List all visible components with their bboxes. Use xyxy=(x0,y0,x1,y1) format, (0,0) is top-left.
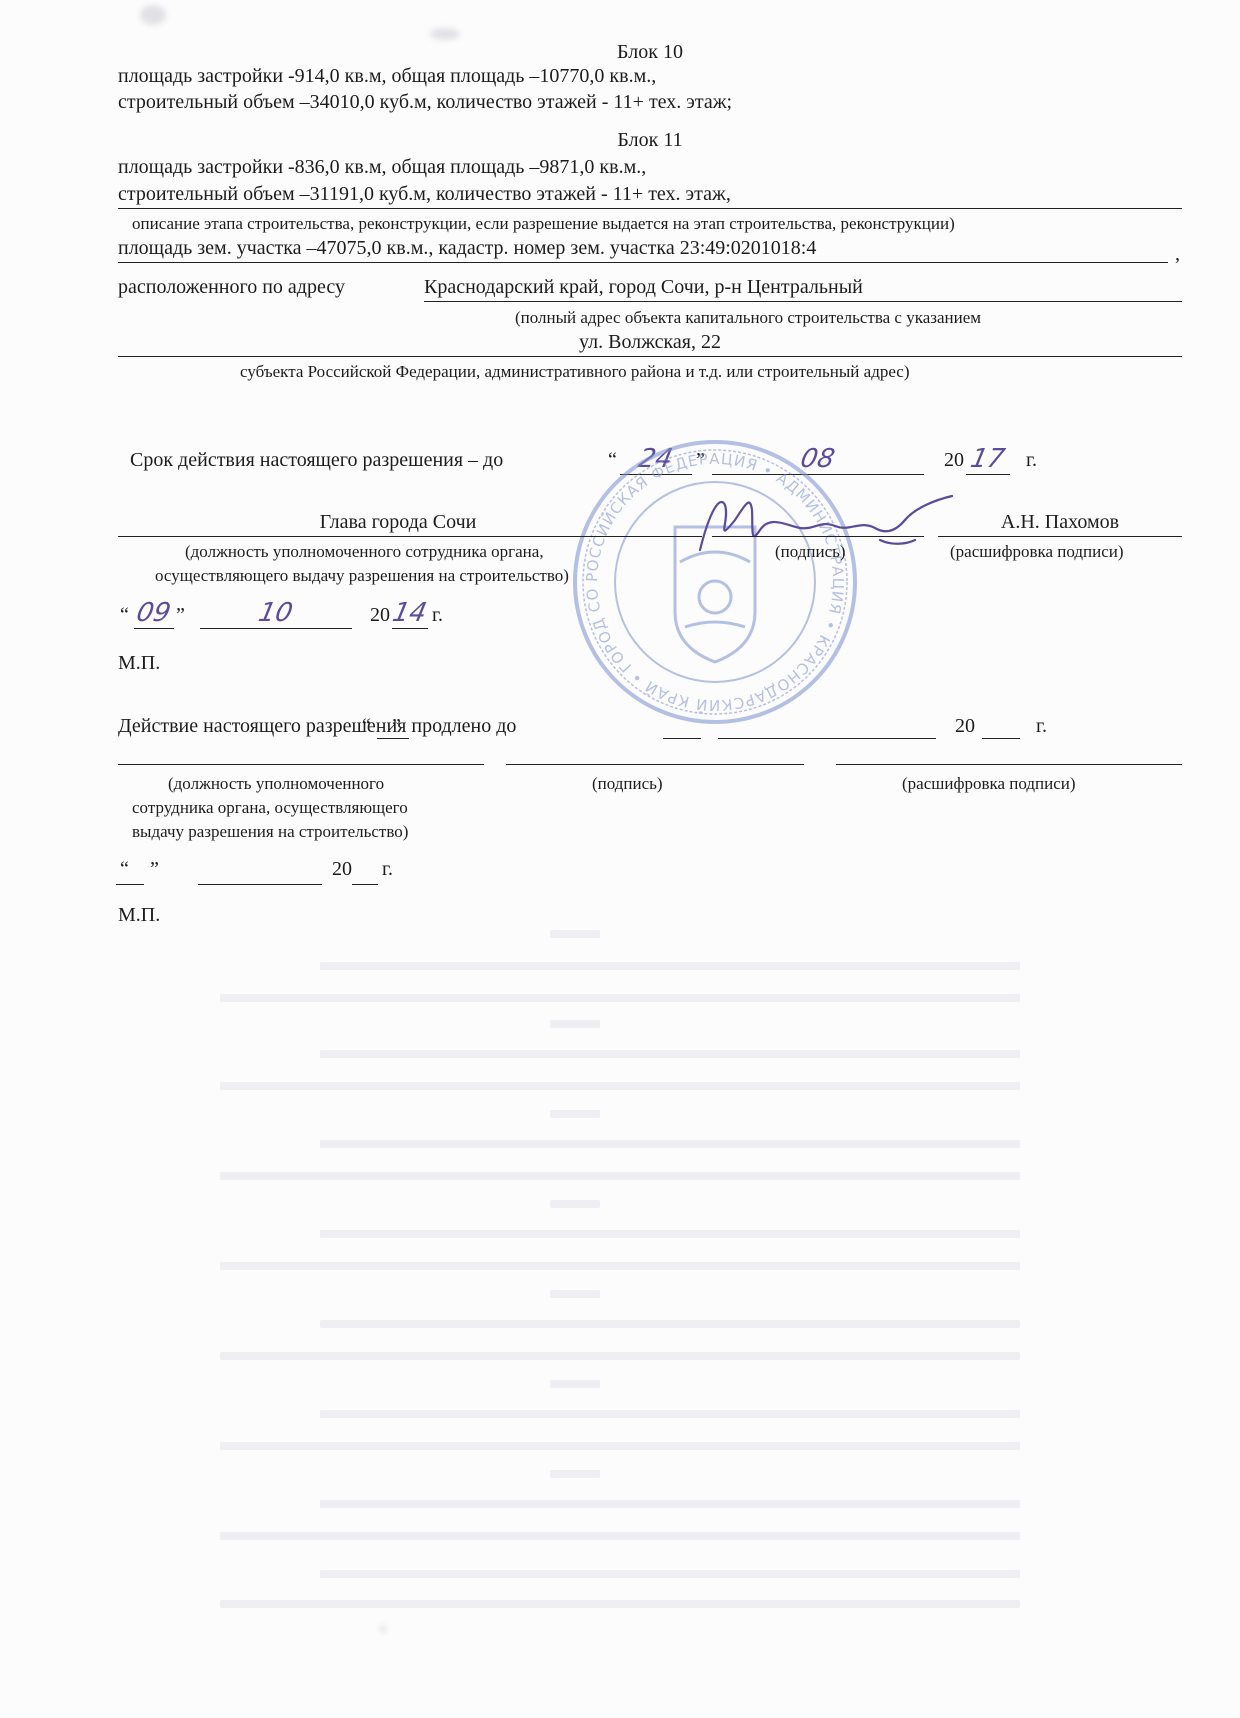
extension-year-prefix: 20 xyxy=(955,714,975,738)
issue-date-year-prefix: 20 xyxy=(370,603,390,627)
address-underline-2 xyxy=(118,356,1182,357)
address-label: расположенного по адресу xyxy=(118,275,345,299)
stage-caption: описание этапа строительства, реконструк… xyxy=(132,213,955,234)
extension-caption-position-1: (должность уполномоченного xyxy=(168,773,384,794)
block-10-line-2: строительный объем –34010,0 куб.м, колич… xyxy=(118,90,732,114)
extension-date-close-quote: ” xyxy=(150,857,159,881)
land-plot-underline xyxy=(118,262,1168,263)
extension-caption-name: (расшифровка подписи) xyxy=(902,773,1076,794)
validity-year-field: 17 xyxy=(966,446,1010,475)
official-seal-stamp: РОССИЙСКАЯ ФЕДЕРАЦИЯ • АДМИНИСТРАЦИЯ • К… xyxy=(565,432,865,732)
extension-name-underline[interactable] xyxy=(836,764,1182,765)
validity-year-unit: г. xyxy=(1026,448,1037,472)
signatory-name-underline xyxy=(938,536,1182,537)
extension-caption-signature: (подпись) xyxy=(592,773,663,794)
extension-close-quote: ” xyxy=(392,714,401,738)
extension-seal-label: М.П. xyxy=(118,903,160,927)
validity-label: Срок действия настоящего разрешения – до xyxy=(130,448,503,472)
block-11-underline xyxy=(118,208,1182,209)
extension-date-year-prefix: 20 xyxy=(332,857,352,881)
extension-date-year-underline[interactable] xyxy=(352,884,378,885)
validity-year-value: 17 xyxy=(969,446,1008,472)
signatory-position-underline xyxy=(118,536,702,537)
block-10-title: Блок 10 xyxy=(118,40,1182,64)
signatory-caption-name: (расшифровка подписи) xyxy=(950,541,1124,562)
issue-date-year-field: 14 xyxy=(392,600,428,629)
extension-month-underline[interactable] xyxy=(718,738,936,739)
issue-date-day-field: 09 xyxy=(134,600,174,629)
signatory-caption-position-1: (должность уполномоченного сотрудника ор… xyxy=(185,541,544,562)
signatory-name: А.Н. Пахомов xyxy=(938,510,1182,534)
issue-date-year-unit: г. xyxy=(432,603,443,627)
signatory-caption-signature: (подпись) xyxy=(775,541,846,562)
extension-date-year-unit: г. xyxy=(382,857,393,881)
extension-position-underline[interactable] xyxy=(118,764,484,765)
extension-open-quote: “ xyxy=(362,714,371,738)
issue-date-day-value: 09 xyxy=(135,600,174,626)
address-value-line-2: ул. Волжская, 22 xyxy=(118,330,1182,354)
validity-year-prefix: 20 xyxy=(944,448,964,472)
extension-caption-position-3: выдачу разрешения на строительство) xyxy=(132,821,408,842)
extension-year-underline[interactable] xyxy=(982,738,1020,739)
extension-signature-underline[interactable] xyxy=(506,764,804,765)
issue-date-year-value: 14 xyxy=(391,600,430,626)
extension-date-month-underline[interactable] xyxy=(198,884,322,885)
extension-label: Действие настоящего разрешения продлено … xyxy=(118,714,516,738)
address-caption-2: субъекта Российской Федерации, администр… xyxy=(240,361,910,382)
extension-day-underline[interactable] xyxy=(663,738,701,739)
extension-year-unit: г. xyxy=(1036,714,1047,738)
issue-date-month-field: 10 xyxy=(200,600,352,629)
block-11-title: Блок 11 xyxy=(118,128,1182,152)
land-plot-comma: , xyxy=(1175,242,1180,266)
issue-date-close-quote: ” xyxy=(176,603,185,627)
block-11-line-1: площадь застройки -836,0 кв.м, общая пло… xyxy=(118,155,646,179)
extension-caption-position-2: сотрудника органа, осуществляющего xyxy=(132,797,408,818)
extension-date-day-underline[interactable] xyxy=(116,884,144,885)
signatory-signature-underline xyxy=(712,536,924,537)
signatory-position: Глава города Сочи xyxy=(118,510,678,534)
extension-date-open-quote: “ xyxy=(120,857,129,881)
block-10-line-1: площадь застройки -914,0 кв.м, общая пло… xyxy=(118,64,656,88)
signatory-caption-position-2: осуществляющего выдачу разрешения на стр… xyxy=(155,565,569,586)
address-underline-1 xyxy=(424,301,1182,302)
scan-smudge xyxy=(140,5,166,25)
issue-date-open-quote: “ xyxy=(120,603,129,627)
land-plot-text: площадь зем. участка –47075,0 кв.м., кад… xyxy=(118,236,816,260)
block-11-line-2: строительный объем –31191,0 куб.м, колич… xyxy=(118,182,731,206)
address-caption-1: (полный адрес объекта капитального строи… xyxy=(515,307,981,328)
address-value-line-1: Краснодарский край, город Сочи, р-н Цент… xyxy=(424,275,863,299)
issue-date-month-value: 10 xyxy=(257,600,296,626)
issue-seal-label: М.П. xyxy=(118,651,160,675)
scan-smudge xyxy=(430,28,460,40)
